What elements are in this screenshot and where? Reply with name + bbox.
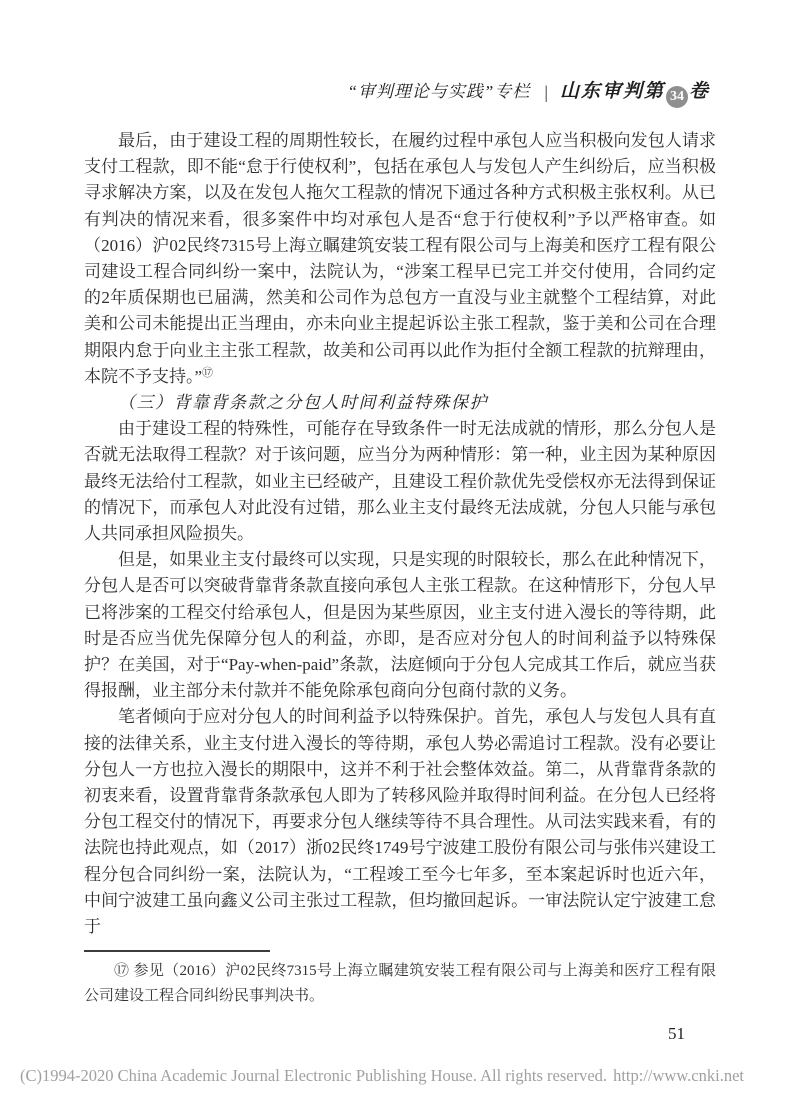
footnote: ⑰ 参见（2016）沪02民终7315号上海立瞩建筑安装工程有限公司与上海美和医…: [84, 959, 716, 1008]
paragraph-2: 由于建设工程的特殊性，可能存在导致条件一时无法成就的情形，那么分包人是否就无法取…: [84, 416, 716, 547]
header-divider: |: [544, 82, 548, 103]
paragraph-4: 笔者倾向于应对分包人的时间利益予以特殊保护。首先，承包人与发包人具有直接的法律关…: [84, 704, 716, 940]
footer-copyright: (C)1994-2020 China Academic Journal Elec…: [20, 1066, 607, 1086]
journal-scanned-page: { "header": { "column_label": "“审判理论与实践”…: [0, 0, 800, 1114]
article-body: 最后，由于建设工程的周期性较长，在履约过程中承包人应当积极向发包人请求支付工程款…: [84, 128, 716, 940]
page-header: “审判理论与实践”专栏|山东审判第34卷: [0, 76, 710, 108]
paragraph-1: 最后，由于建设工程的周期性较长，在履约过程中承包人应当积极向发包人请求支付工程款…: [84, 128, 716, 390]
page-number: 51: [668, 1024, 685, 1044]
journal-title-suffix: 卷: [689, 81, 710, 102]
footer-url: http://www.cnki.net: [613, 1066, 744, 1086]
journal-title: 山东审判第34卷: [560, 81, 710, 102]
footnote-divider-rule: [84, 950, 270, 952]
footnote-reference-mark: ⑰: [202, 367, 213, 379]
paragraph-3: 但是，如果业主支付最终可以实现，只是实现的时限较长，那么在此种情况下，分包人是否…: [84, 547, 716, 704]
page-footer: (C)1994-2020 China Academic Journal Elec…: [20, 1066, 744, 1086]
footnote-marker: ⑰: [114, 963, 129, 979]
footnote-text: 参见（2016）沪02民终7315号上海立瞩建筑安装工程有限公司与上海美和医疗工…: [84, 963, 716, 1004]
column-label: “审判理论与实践”专栏: [347, 82, 530, 101]
volume-number-badge: 34: [666, 86, 688, 108]
paragraph-1-text: 最后，由于建设工程的周期性较长，在履约过程中承包人应当积极向发包人请求支付工程款…: [84, 131, 716, 386]
section-heading: （三）背靠背条款之分包人时间利益特殊保护: [84, 390, 716, 416]
footnote-block: ⑰ 参见（2016）沪02民终7315号上海立瞩建筑安装工程有限公司与上海美和医…: [84, 950, 716, 1008]
journal-title-prefix: 山东审判第: [560, 81, 665, 102]
